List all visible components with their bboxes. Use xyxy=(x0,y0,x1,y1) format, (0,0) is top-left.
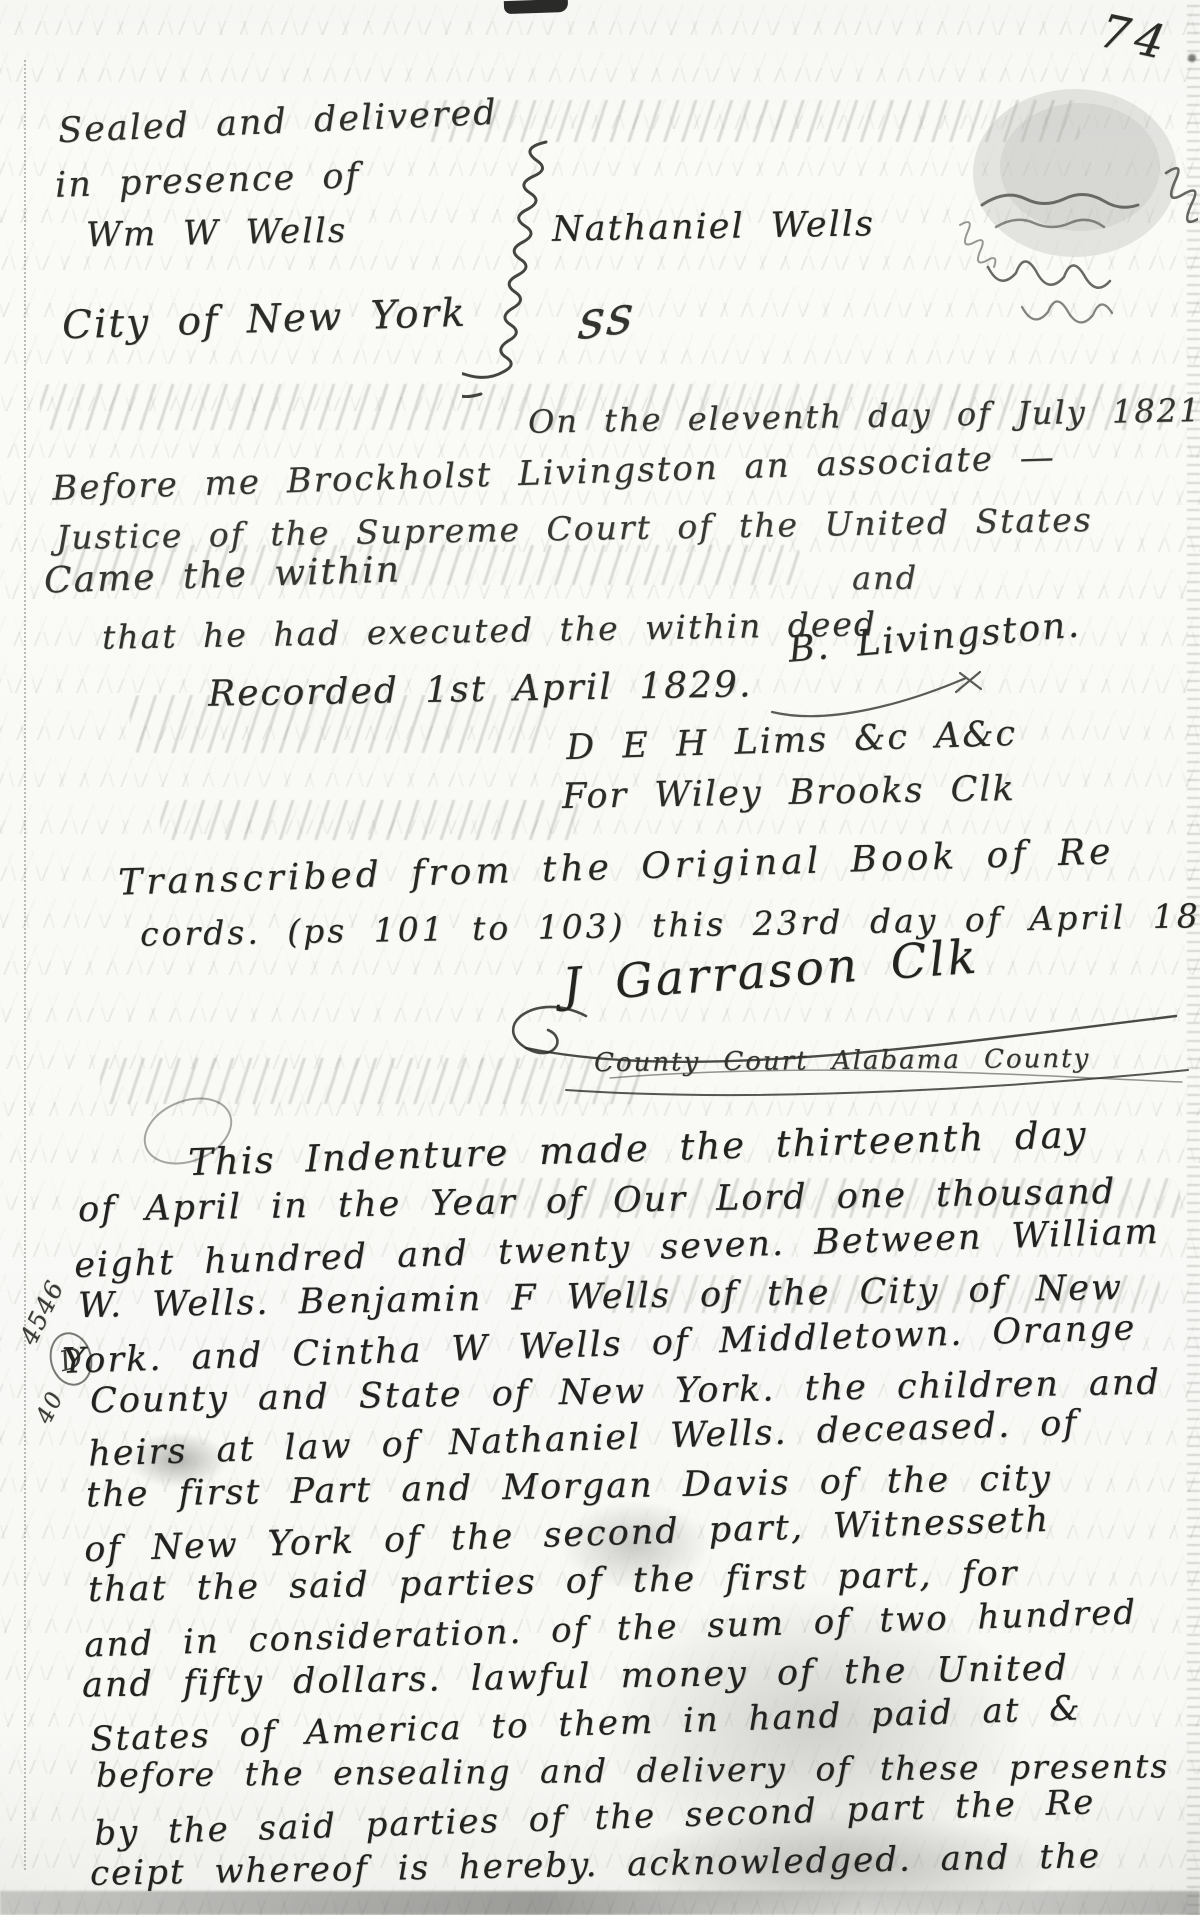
seal-smudge-scribble xyxy=(930,55,1198,385)
acknowledgment-line: Before me Brockholst Livingston an assoc… xyxy=(52,440,1056,506)
margin-note-number: 40 xyxy=(33,1388,68,1428)
binding-edge-dots xyxy=(24,60,26,1870)
indenture-line: This Indenture made the thirteenth day xyxy=(188,1116,1088,1181)
acknowledgment-line: Justice of the Supreme Court of the Unit… xyxy=(56,503,1093,554)
bottom-scan-band xyxy=(0,1891,1200,1915)
acknowledgment-line: that he had executed the within deed xyxy=(102,607,877,654)
ink-speck xyxy=(1188,54,1196,62)
acknowledgment-line: Came the within xyxy=(44,552,402,599)
transcription-line-1: Transcribed from the Original Book of Re xyxy=(118,834,1115,901)
ss-scilicet-mark: ss xyxy=(576,287,637,348)
recorded-line: Recorded 1st April 1829. xyxy=(208,667,753,712)
acknowledgment-line-fragment: and xyxy=(852,562,918,595)
acknowledgment-date-line: On the eleventh day of July 1821 xyxy=(528,394,1200,438)
deputy-clerk-line: D E H Lims &c A&c xyxy=(566,717,1018,766)
clerk-title: County Court Alabama County xyxy=(594,1046,1090,1076)
ghost-bleedthrough xyxy=(420,100,1080,142)
transcription-line-2: cords. (ps 101 to 103) this 23rd day of … xyxy=(140,898,1200,950)
venue-line: City of New York xyxy=(61,294,467,346)
ink-blot-top xyxy=(504,0,568,14)
scanned-deed-page: 74 Sealed and delivered in presence of W… xyxy=(0,0,1200,1915)
attestation-bracket-squiggle xyxy=(462,136,612,426)
for-clerk-line: For Wiley Brooks Clk xyxy=(562,772,1016,815)
scan-edge-speckle xyxy=(1187,0,1200,1915)
ghost-bleedthrough xyxy=(100,1058,640,1104)
ghost-bleedthrough xyxy=(160,800,580,840)
witness-signature: Wm W Wells xyxy=(86,214,348,253)
attestation-line-2: in presence of xyxy=(55,159,361,204)
grantor-signature: Nathaniel Wells xyxy=(552,207,875,248)
attestation-line-1: Sealed and delivered xyxy=(57,96,498,149)
page-number: 74 xyxy=(1096,7,1175,67)
